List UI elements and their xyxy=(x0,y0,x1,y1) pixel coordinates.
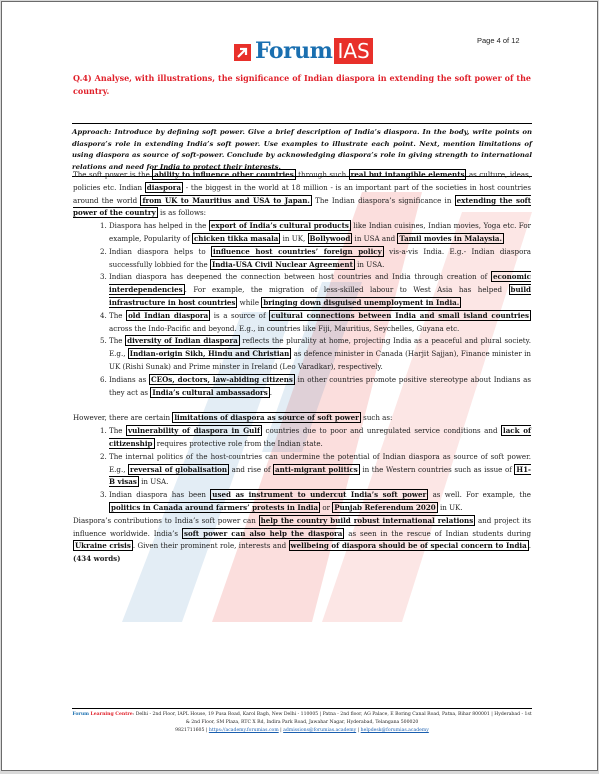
highlight: Tamil movies in Malaysia. xyxy=(397,233,504,244)
text: across the Indo-Pacific and beyond. E.g.… xyxy=(109,324,459,333)
highlight: Bollywood xyxy=(308,233,353,244)
highlight: used as instrument to undercut India’s s… xyxy=(210,489,428,500)
pdf-page: Forum IAS Page 4 of 12 Q.4) Analyse, wit… xyxy=(1,1,598,771)
arrow-up-right-icon xyxy=(234,44,251,61)
footer-brand-centre: Learning Centre xyxy=(91,712,133,717)
highlight: CEOs, doctors, law-abiding citizens xyxy=(149,374,295,385)
text: The xyxy=(109,336,125,345)
highlight: Punjab Referendum 2020 xyxy=(332,502,437,513)
logo-text-ias: IAS xyxy=(334,38,372,64)
highlight: from UK to Mauritius and USA to Japan. xyxy=(140,195,311,206)
list-item: Diaspora has helped in the export of Ind… xyxy=(109,220,531,246)
intro-paragraph: The soft power is the ability to influen… xyxy=(73,169,531,220)
word-count: (434 words) xyxy=(73,554,121,563)
text: in USA. xyxy=(139,477,169,486)
limitations-intro: However, there are certain limitations o… xyxy=(73,412,531,425)
spacer xyxy=(73,399,531,412)
text: The xyxy=(109,311,126,320)
highlight: diaspora xyxy=(145,182,183,193)
text: . xyxy=(529,541,531,550)
footer-address: : Delhi - 2nd Floor, IAPL House, 19 Pusa… xyxy=(133,712,532,725)
logo-text-forum: Forum xyxy=(255,38,332,64)
significance-list: Diaspora has helped in the export of Ind… xyxy=(73,220,531,399)
text: Indian diaspora has been xyxy=(109,490,210,499)
highlight: vulnerability of diaspora in Gulf xyxy=(126,425,262,436)
highlight: Indian-origin Sikh, Hindu and Christian xyxy=(128,348,292,359)
text: such as: xyxy=(361,413,393,422)
text: as well. For example, the xyxy=(428,490,531,499)
list-item: Indian diaspora has deepened the connect… xyxy=(109,271,531,309)
highlight: reversal of globalisation xyxy=(128,464,229,475)
list-item: Indians as CEOs, doctors, law-abiding ci… xyxy=(109,374,531,400)
highlight: India’s cultural ambassadors xyxy=(150,387,269,398)
highlight: help the country build robust internatio… xyxy=(259,515,476,526)
text: Diaspora has helped in the xyxy=(109,221,209,230)
text: in UK. xyxy=(438,503,463,512)
text: The Indian diaspora’s significance in xyxy=(312,196,455,205)
helpdesk-email-link[interactable]: helpdesk@forumias.academy xyxy=(361,728,429,733)
answer-body: The soft power is the ability to influen… xyxy=(73,169,531,566)
list-item: The vulnerability of diaspora in Gulf co… xyxy=(109,425,531,451)
highlight: bringing down disguised unemployment in … xyxy=(261,297,461,308)
footer-divider xyxy=(72,708,532,709)
text: or xyxy=(320,503,332,512)
text: in USA. xyxy=(355,260,385,269)
text: Indian diaspora helps to xyxy=(109,247,211,256)
text: The xyxy=(109,426,126,435)
text: in the Western countries such as issue o… xyxy=(360,465,515,474)
page-number: Page 4 of 12 xyxy=(477,36,520,45)
footer-phone: 9821711605 xyxy=(175,728,204,733)
footer-brand-forum: Forum xyxy=(72,712,89,717)
highlight: wellbeing of diaspora should be of speci… xyxy=(289,540,529,551)
list-item: Indian diaspora has been used as instrum… xyxy=(109,489,531,515)
highlight: anti-migrant politics xyxy=(273,464,360,475)
highlight: chicken tikka masala xyxy=(192,233,280,244)
website-link[interactable]: https://academy.forumias.com xyxy=(209,728,279,733)
question-heading: Q.4) Analyse, with illustrations, the si… xyxy=(73,72,531,98)
text: as seen in the rescue of Indian students… xyxy=(344,529,531,538)
text: Diaspora’s contributions to India’s soft… xyxy=(73,516,259,525)
text: while xyxy=(237,298,261,307)
list-item: Indian diaspora helps to influence host … xyxy=(109,246,531,272)
highlight: real but intangible elements xyxy=(349,169,467,180)
text: is as follows: xyxy=(158,208,206,217)
highlight: export of India’s cultural products xyxy=(209,220,351,231)
highlight: politics in Canada around farmers’ prote… xyxy=(109,502,320,513)
text: However, there are certain xyxy=(73,413,172,422)
highlight: old Indian diaspora xyxy=(126,310,210,321)
list-item: The diversity of Indian diaspora reflect… xyxy=(109,335,531,373)
text: Indian diaspora has deepened the connect… xyxy=(109,272,491,281)
text: . For example, the migration of less-ski… xyxy=(185,285,509,294)
list-item: The old Indian diaspora is a source of c… xyxy=(109,310,531,336)
text: in USA and xyxy=(352,234,397,243)
text: and rise of xyxy=(229,465,273,474)
highlight: limitations of diaspora as source of sof… xyxy=(172,412,361,423)
list-item: The internal politics of the host-countr… xyxy=(109,451,531,489)
text: The soft power is the xyxy=(73,170,152,179)
limitations-list: The vulnerability of diaspora in Gulf co… xyxy=(73,425,531,515)
text: is a source of xyxy=(210,311,269,320)
highlight: India-USA Civil Nuclear Agreement xyxy=(210,259,355,270)
highlight: cultural connections between India and s… xyxy=(269,310,531,321)
text: through such xyxy=(296,170,349,179)
admissions-email-link[interactable]: admissions@forumias.academy xyxy=(283,728,356,733)
forumias-logo: Forum IAS xyxy=(234,38,373,64)
text: requires protective role from the Indian… xyxy=(155,439,323,448)
highlight: influence host countries’ foreign policy xyxy=(211,246,384,257)
text: . xyxy=(270,388,272,397)
highlight: Ukraine crisis xyxy=(73,540,133,551)
highlight: ability to influence other countries xyxy=(152,169,295,180)
highlight: diversity of Indian diaspora xyxy=(125,335,240,346)
text: Indians as xyxy=(109,375,149,384)
text: in UK, xyxy=(280,234,307,243)
text: countries due to poor and unregulated se… xyxy=(262,426,501,435)
text: . Given their prominent role, interests … xyxy=(133,541,289,550)
footer: Forum Learning Centre: Delhi - 2nd Floor… xyxy=(72,711,532,736)
highlight: soft power can also help the diaspora xyxy=(182,528,344,539)
conclusion-paragraph: Diaspora’s contributions to India’s soft… xyxy=(73,515,531,566)
